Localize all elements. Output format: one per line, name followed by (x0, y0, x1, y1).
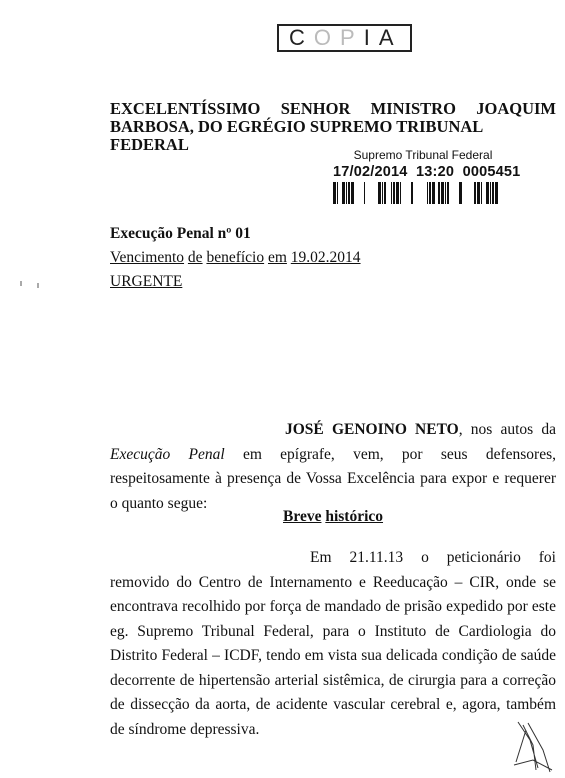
case-deadline: Vencimento de benefício em 19.02.2014 (110, 246, 361, 270)
copia-stamp: COPIA (277, 24, 412, 52)
addressee-heading: EXCELENTÍSSIMO SENHOR MINISTRO JOAQUIM B… (110, 100, 556, 154)
intro-paragraph: JOSÉ GENOINO NETO, nos autos da Execução… (110, 418, 556, 516)
addressee-word: JOAQUIM (476, 100, 556, 118)
case-title: Execução Penal nº 01 (110, 222, 361, 246)
urgency-label: URGENTE (110, 270, 361, 294)
case-info: Execução Penal nº 01 Vencimento de benef… (110, 222, 361, 294)
addressee-word: SENHOR (281, 100, 351, 118)
addressee-word: MINISTRO (371, 100, 456, 118)
scan-mark (37, 283, 39, 288)
barcode-icon (333, 182, 508, 204)
section-heading: Breve histórico (283, 508, 383, 526)
protocol-court: Supremo Tribunal Federal (333, 148, 513, 162)
history-paragraph: Em 21.11.13 o peticionário foi removido … (110, 546, 556, 742)
addressee-word: EXCELENTÍSSIMO (110, 100, 260, 118)
scan-mark (20, 281, 22, 286)
signature-icon (508, 720, 558, 775)
protocol-datetime-number: 17/02/2014 13:20 0005451 (333, 164, 513, 180)
protocol-stamp: Supremo Tribunal Federal 17/02/2014 13:2… (333, 148, 513, 209)
